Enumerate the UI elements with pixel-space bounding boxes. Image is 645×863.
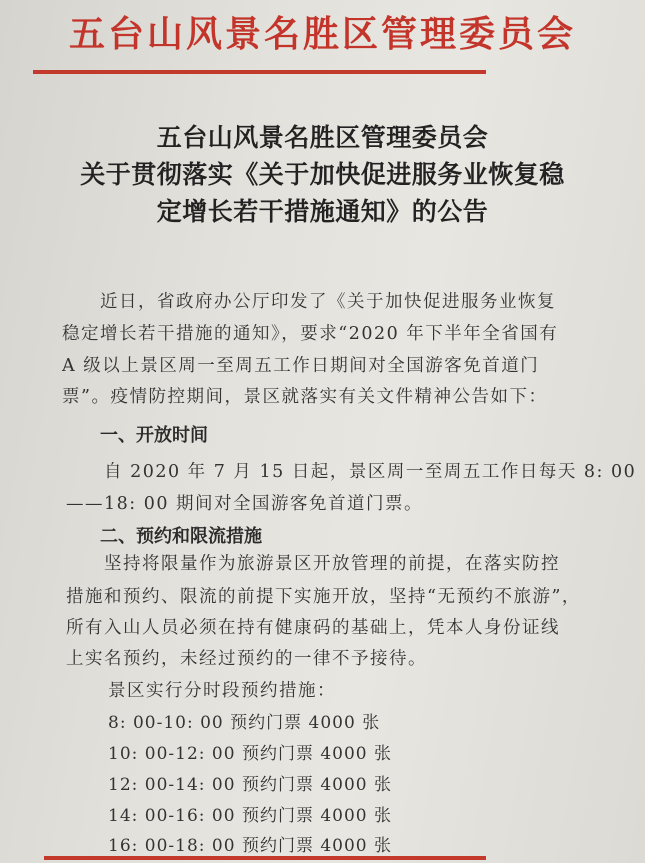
intro-line: 票”。疫情防控期间，景区就落实有关文件精神公告如下： bbox=[62, 383, 547, 408]
time-slot: 14: 00-16: 00 预约门票 4000 张 bbox=[108, 801, 392, 826]
section2-line: 坚持将限量作为旅游景区开放管理的前提，在落实防控 bbox=[104, 550, 560, 575]
section2-line: 所有入山人员必须在持有健康码的基础上，凭本人身份证线 bbox=[66, 614, 560, 639]
section-heading-opening-hours: 一、开放时间 bbox=[100, 421, 208, 447]
document-title-line-1: 五台山风景名胜区管理委员会 bbox=[0, 118, 645, 154]
intro-line: 近日，省政府办公厅印发了《关于加快促进服务业恢复 bbox=[100, 288, 556, 313]
intro-line: 稳定增长若干措施的通知》，要求“2020 年下半年全省国有 bbox=[62, 320, 558, 345]
bottom-rule bbox=[44, 856, 486, 860]
section1-line: ——18: 00 期间对全国游客免首道门票。 bbox=[66, 490, 423, 515]
section2-line: 上实名预约，未经过预约的一律不予接待。 bbox=[66, 645, 427, 670]
section1-line: 自 2020 年 7 月 15 日起，景区周一至周五工作日每天 8: 00 bbox=[104, 458, 636, 483]
letterhead-title: 五台山风景名胜区管理委员会 bbox=[0, 6, 645, 57]
schedule-intro: 景区实行分时段预约措施： bbox=[108, 677, 336, 702]
time-slot: 8: 00-10: 00 预约门票 4000 张 bbox=[108, 708, 380, 733]
section2-line: 措施和预约、限流的前提下实施开放，坚持“无预约不旅游”， bbox=[66, 583, 581, 608]
time-slot: 10: 00-12: 00 预约门票 4000 张 bbox=[108, 739, 392, 764]
time-slot: 12: 00-14: 00 预约门票 4000 张 bbox=[108, 770, 392, 795]
document-title-line-2: 关于贯彻落实《关于加快促进服务业恢复稳 bbox=[0, 155, 645, 191]
letterhead-rule-full bbox=[33, 70, 486, 74]
intro-line: A 级以上景区周一至周五工作日期间对全国游客免首道门 bbox=[62, 352, 539, 377]
time-slot: 16: 00-18: 00 预约门票 4000 张 bbox=[108, 831, 392, 856]
section-heading-reservation: 二、预约和限流措施 bbox=[100, 522, 262, 548]
document-title-line-3: 定增长若干措施通知》的公告 bbox=[0, 192, 645, 228]
